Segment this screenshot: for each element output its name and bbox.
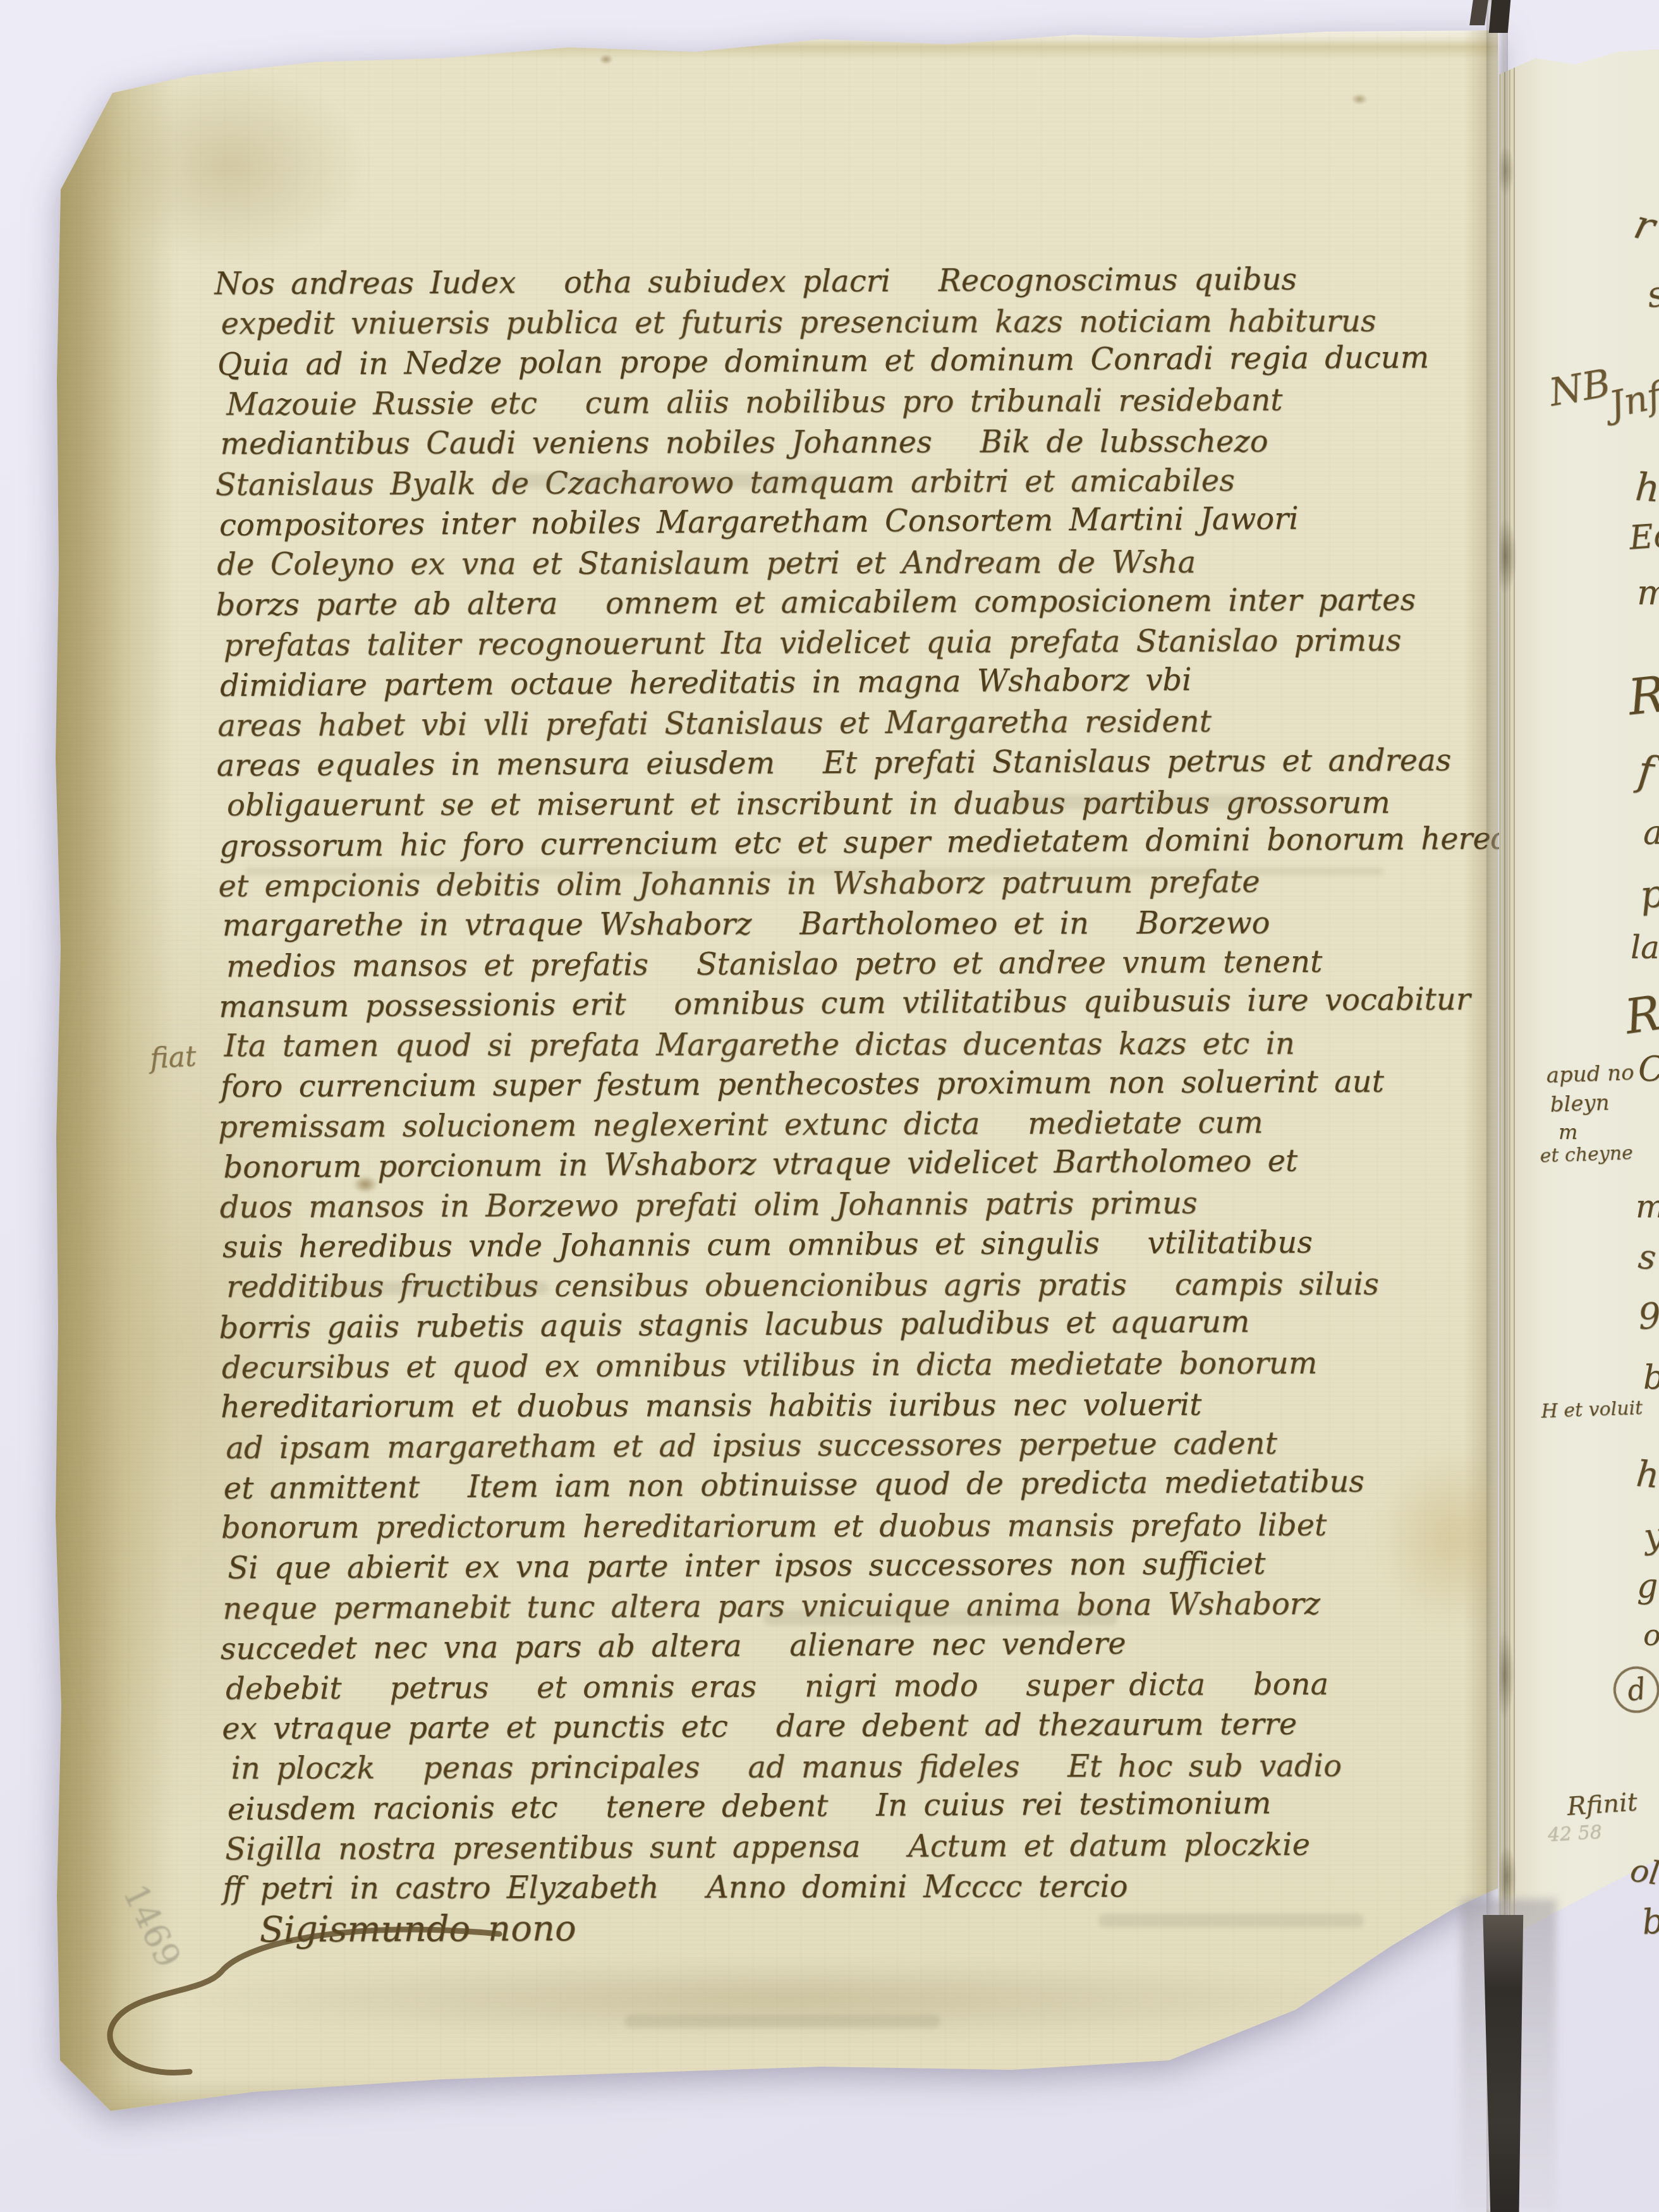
manuscript-line: neque permanebit tunc altera pars vnicui… xyxy=(222,1583,1516,1629)
manuscript-line: Mazouie Russie etc cum aliis nobilibus p… xyxy=(226,379,1510,425)
manuscript-line: redditibus fructibus censibus obuencioni… xyxy=(226,1264,1514,1307)
manuscript-line: prefatas taliter recognouerunt Ita videl… xyxy=(224,620,1512,665)
pen-flourish xyxy=(95,1915,575,2105)
manuscript-line: ex vtraque parte et punctis etc dare deb… xyxy=(222,1704,1516,1749)
manuscript-line: et anmittent Item iam non obtinuisse quo… xyxy=(223,1461,1515,1509)
facing-page-strip xyxy=(1499,19,1659,1978)
manuscript-line: areas habet vbi vlli prefati Stanislaus … xyxy=(217,700,1512,746)
manuscript-line: succedet nec vna pars ab altera alienare… xyxy=(221,1622,1516,1670)
manuscript-line: bonorum predictorum hereditariorum et du… xyxy=(221,1505,1516,1548)
stain xyxy=(599,54,613,64)
manuscript-line: mansum possessionis erit omnibus cum vti… xyxy=(219,980,1513,1028)
manuscript-line: debebit petrus et omnis eras nigri modo … xyxy=(226,1663,1516,1709)
manuscript-line: duos mansos in Borzewo prefati olim Joha… xyxy=(220,1182,1514,1227)
manuscript-line: borzs parte ab altera omnem et amicabile… xyxy=(216,580,1511,626)
manuscript-line: bonorum porcionum in Wshaborz vtraque vi… xyxy=(223,1140,1514,1188)
manuscript-line: Nos andreas Iudex otha subiudex placri R… xyxy=(214,259,1510,305)
manuscript-line: mediantibus Caudi veniens nobiles Johann… xyxy=(220,422,1510,465)
manuscript-line: dimidiare partem octaue hereditatis in m… xyxy=(220,659,1512,707)
stain xyxy=(94,68,365,264)
manuscript-line: compositores inter nobiles Margaretham C… xyxy=(219,498,1511,546)
glass-rod-top xyxy=(1489,0,1511,33)
manuscript-line: in ploczk penas principales ad manus fid… xyxy=(231,1746,1517,1789)
manuscript-line: expedit vniuersis publica et futuris pre… xyxy=(221,301,1510,344)
manuscript-text-block: Nos andreas Iudex otha subiudex placri R… xyxy=(214,259,1517,1950)
manuscript-line: foro currencium super festum penthecoste… xyxy=(221,1062,1514,1107)
manuscript-line: Ita tamen quod si prefata Margarethe dic… xyxy=(224,1023,1514,1066)
manuscript-line: decursibus et quod ex omnibus vtilibus i… xyxy=(222,1342,1515,1388)
manuscript-photo: Nos andreas Iudex otha subiudex placri R… xyxy=(0,0,1659,2212)
manuscript-line: et empcionis debitis olim Johannis in Ws… xyxy=(218,861,1512,906)
manuscript-line: suis heredibus vnde Johannis cum omnibus… xyxy=(222,1222,1514,1268)
manuscript-line: borris gaiis rubetis aquis stagnis lacub… xyxy=(219,1301,1514,1349)
manuscript-line: medios mansos et prefatis Stanislao petr… xyxy=(226,941,1513,987)
manuscript-line: de Coleyno ex vna et Stanislaum petri et… xyxy=(217,542,1511,585)
ink-bleedthrough xyxy=(624,2015,940,2027)
manuscript-line: ff petri in castro Elyzabeth Anno domini… xyxy=(222,1866,1517,1909)
manuscript-line: margarethe in vtraque Wshaborz Bartholom… xyxy=(222,903,1513,946)
manuscript-line: Quia ad in Nedze polan prope dominum et … xyxy=(217,337,1510,386)
manuscript-line: premissam solucionem neglexerint extunc … xyxy=(218,1102,1514,1147)
manuscript-line: hereditariorum et duobus mansis habitis … xyxy=(221,1385,1515,1428)
manuscript-line: areas equales in mensura eiusdem Et pref… xyxy=(217,741,1512,786)
manuscript-line: grossorum hic foro currencium etc et sup… xyxy=(219,819,1512,867)
manuscript-line: obligauerunt se et miserunt et inscribun… xyxy=(227,782,1512,825)
manuscript-line: Stanislaus Byalk de Czacharowo tamquam a… xyxy=(216,459,1511,505)
manuscript-line: Sigilla nostra presentibus sunt appensa … xyxy=(225,1824,1517,1869)
manuscript-line: ad ipsam margaretham et ad ipsius succes… xyxy=(226,1423,1515,1468)
manuscript-line: eiusdem racionis etc tenere debent In cu… xyxy=(228,1782,1517,1830)
glass-rod xyxy=(1486,0,1508,2212)
manuscript-line: Si que abierit ex vna parte inter ipsos … xyxy=(228,1543,1516,1589)
stain xyxy=(1351,94,1368,105)
